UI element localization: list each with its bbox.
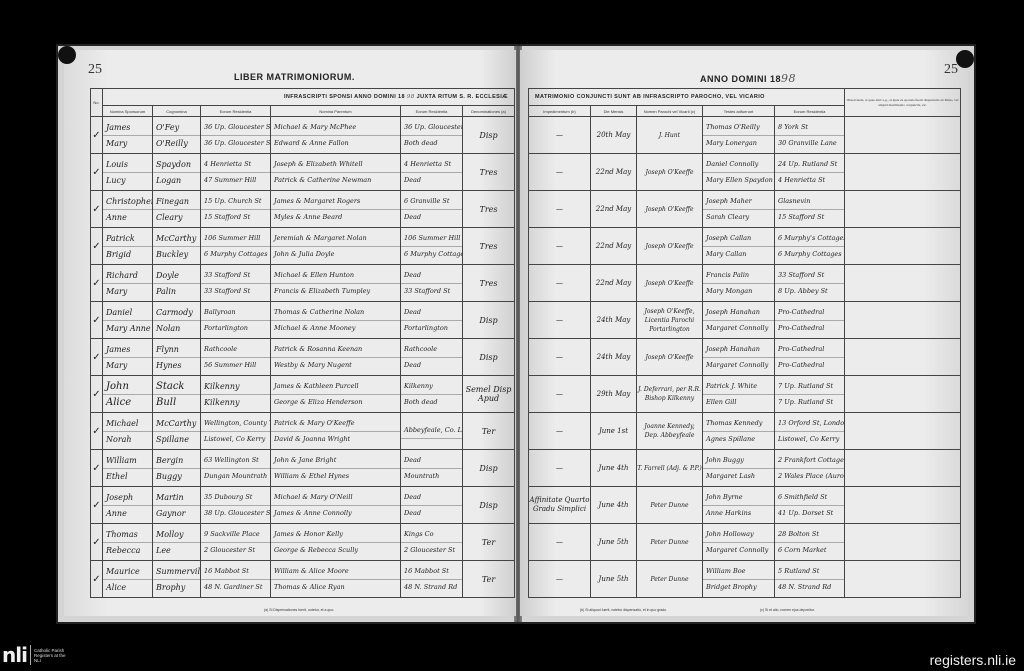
- denomination: Disp: [463, 487, 515, 524]
- nli-logo: nli Catholic Parish Registers at the NLI: [2, 645, 68, 665]
- col-header-residentia: Eorum Residentia: [201, 106, 271, 117]
- impediment: —: [529, 524, 591, 561]
- marriage-date: June 5th: [591, 561, 637, 598]
- entry-check-mark: ✓: [91, 117, 103, 154]
- witnesses: Joseph CallanMary Callan: [703, 228, 775, 265]
- witness-residences: 6 Murphy's Cottages6 Murphy Cottages: [775, 228, 845, 265]
- observations: [845, 154, 961, 191]
- marriage-date: 22nd May: [591, 191, 637, 228]
- marriage-entry-row: —22nd MayJoseph O'KeeffeDaniel ConnollyM…: [529, 154, 961, 191]
- spouse-surnames: StackBull: [153, 376, 201, 413]
- marriage-entry-row: ✓JohnAliceStackBullKilkennyKilkennyJames…: [91, 376, 515, 413]
- right-page-title: ANNO DOMINI 1898: [700, 72, 796, 85]
- spouse-residences: 4 Henrietta St47 Summer Hill: [201, 154, 271, 191]
- denomination: Tres: [463, 228, 515, 265]
- nli-logo-mark: nli: [2, 645, 27, 665]
- denomination: Tres: [463, 154, 515, 191]
- denomination: Disp: [463, 339, 515, 376]
- entry-check-mark: ✓: [91, 487, 103, 524]
- marriage-entry-row: —22nd MayJoseph O'KeeffeJoseph CallanMar…: [529, 228, 961, 265]
- marriage-date: 22nd May: [591, 228, 637, 265]
- parents-residences: DeadDead: [401, 487, 463, 524]
- marriage-date: 22nd May: [591, 154, 637, 191]
- denomination: Disp: [463, 117, 515, 154]
- entry-check-mark: ✓: [91, 265, 103, 302]
- marriage-entry-row: ✓PatrickBrigidMcCarthyBuckley106 Summer …: [91, 228, 515, 265]
- officiating-priest: Joseph O'Keeffe: [637, 191, 703, 228]
- right-footnote-b: (b) Si aliquod fuerit, notetur dispensat…: [580, 608, 667, 612]
- observations: [845, 413, 961, 450]
- officiating-priest: J. Hunt: [637, 117, 703, 154]
- spouse-surnames: MolloyLee: [153, 524, 201, 561]
- page-damage-mark: [58, 46, 76, 64]
- spouse-surnames: MartinGaynor: [153, 487, 201, 524]
- left-banner: INFRASCRIPTI SPONSI ANNO DOMINI 18 98 JU…: [103, 89, 515, 106]
- entry-check-mark: ✓: [91, 413, 103, 450]
- marriage-date: June 5th: [591, 524, 637, 561]
- site-url: registers.nli.ie: [930, 652, 1016, 668]
- marriage-entry-row: —June 1stJoanne Kennedy, Dep. Abbeyfeale…: [529, 413, 961, 450]
- col-header-sponsi: Nomina Sponsorum: [103, 106, 153, 117]
- col-header-no: No.: [91, 89, 103, 117]
- officiating-priest: Peter Dunne: [637, 487, 703, 524]
- impediment: —: [529, 191, 591, 228]
- logo-divider: [30, 645, 31, 665]
- spouse-names: ChristopherAnne: [103, 191, 153, 228]
- marriage-entry-row: —29th MayJ. Deferrari, per R.R. Bishop K…: [529, 376, 961, 413]
- spouse-surnames: DoylePalin: [153, 265, 201, 302]
- entry-check-mark: ✓: [91, 191, 103, 228]
- witness-residences: 6 Smithfield St41 Up. Dorset St: [775, 487, 845, 524]
- impediment: —: [529, 376, 591, 413]
- parents-names: James & Honor KellyGeorge & Rebecca Scul…: [271, 524, 401, 561]
- observations: [845, 339, 961, 376]
- impediment: —: [529, 302, 591, 339]
- impediment: —: [529, 339, 591, 376]
- spouse-residences: 9 Sackville Place2 Gloucester St: [201, 524, 271, 561]
- spouse-residences: 16 Mabbot St48 N. Gardiner St: [201, 561, 271, 598]
- impediment: Affinitate Quarto Gradu Simplici: [529, 487, 591, 524]
- parents-residences: 36 Up. Gloucester StBoth dead: [401, 117, 463, 154]
- witnesses: Francis PalinMary Mongan: [703, 265, 775, 302]
- marriage-entry-row: —24th MayJoseph O'KeeffeJoseph HanahanMa…: [529, 339, 961, 376]
- observations: [845, 487, 961, 524]
- witnesses: Joseph MaherSarah Cleary: [703, 191, 775, 228]
- marriage-entry-row: ✓DanielMary AnneCarmodyNolanBallyroanPor…: [91, 302, 515, 339]
- officiating-priest: Joseph O'Keeffe: [637, 154, 703, 191]
- impediment: —: [529, 154, 591, 191]
- spouse-residences: BallyroanPortarlington: [201, 302, 271, 339]
- marriage-entry-row: ✓RichardMaryDoylePalin33 Stafford St33 S…: [91, 265, 515, 302]
- witnesses: Thomas O'ReillyMary Lonergan: [703, 117, 775, 154]
- spouse-residences: 35 Dubourg St38 Up. Gloucester St: [201, 487, 271, 524]
- observations: [845, 191, 961, 228]
- parents-names: Jeremiah & Margaret NolanJohn & Julia Do…: [271, 228, 401, 265]
- witnesses: John BuggyMargaret Lash: [703, 450, 775, 487]
- witnesses: Daniel ConnollyMary Ellen Spaydon: [703, 154, 775, 191]
- denomination: Semel Disp Apud: [463, 376, 515, 413]
- spouse-surnames: CarmodyNolan: [153, 302, 201, 339]
- witness-residences: 8 York St30 Granville Lane: [775, 117, 845, 154]
- spouse-surnames: FlynnHynes: [153, 339, 201, 376]
- title-year: 98: [781, 72, 796, 85]
- spouse-residences: Wellington, County TipperaryListowel, Co…: [201, 413, 271, 450]
- impediment: —: [529, 117, 591, 154]
- col-header-residentia-parentum: Eorum Residentia: [401, 106, 463, 117]
- parents-names: John & Jane BrightWilliam & Ethel Hynes: [271, 450, 401, 487]
- banner-year: 98: [407, 94, 415, 100]
- col-header-parochi: Nomen Parochi vel Vicarii (c): [637, 106, 703, 117]
- spouse-names: JosephAnne: [103, 487, 153, 524]
- spouse-residences: 63 Wellington StDungan Mountrath: [201, 450, 271, 487]
- parents-names: Patrick & Rosanna KeenanWestby & Mary Nu…: [271, 339, 401, 376]
- parents-residences: 16 Mabbot St48 N. Strand Rd: [401, 561, 463, 598]
- parents-names: Michael & Ellen HuntonFrancis & Elizabet…: [271, 265, 401, 302]
- spouse-residences: 33 Stafford St33 Stafford St: [201, 265, 271, 302]
- parents-names: James & Margaret RogersMyles & Anne Bear…: [271, 191, 401, 228]
- denomination: Ter: [463, 561, 515, 598]
- marriage-date: 24th May: [591, 302, 637, 339]
- observations: [845, 228, 961, 265]
- marriage-date: 29th May: [591, 376, 637, 413]
- col-header-parentum: Nomina Parentum: [271, 106, 401, 117]
- witness-residences: 33 Stafford St8 Up. Abbey St: [775, 265, 845, 302]
- marriage-date: June 4th: [591, 487, 637, 524]
- spouse-surnames: SummervilleBrophy: [153, 561, 201, 598]
- marriage-table-right: MATRIMONIO CONJUNCTI SUNT AB INFRASCRIPT…: [528, 88, 961, 598]
- officiating-priest: T. Farrell (Adj. & P.P.): [637, 450, 703, 487]
- spouse-surnames: McCarthySpillane: [153, 413, 201, 450]
- spouse-names: ThomasRebecca: [103, 524, 153, 561]
- spouse-names: MauriceAlice: [103, 561, 153, 598]
- observations: [845, 265, 961, 302]
- entry-check-mark: ✓: [91, 450, 103, 487]
- parents-residences: 106 Summer Hill6 Murphy Cottages: [401, 228, 463, 265]
- spouse-residences: 106 Summer Hill6 Murphy Cottages: [201, 228, 271, 265]
- witnesses: Joseph HanahanMargaret Connolly: [703, 302, 775, 339]
- marriage-date: 24th May: [591, 339, 637, 376]
- parents-residences: Kings Co2 Gloucester St: [401, 524, 463, 561]
- entry-check-mark: ✓: [91, 302, 103, 339]
- officiating-priest: Joseph O'Keeffe: [637, 228, 703, 265]
- marriage-date: 22nd May: [591, 265, 637, 302]
- parents-names: Patrick & Mary O'KeeffeDavid & Joanna Wr…: [271, 413, 401, 450]
- marriage-entry-row: ✓JamesMaryFlynnHynesRathcoole56 Summer H…: [91, 339, 515, 376]
- spouse-names: MichaelNorah: [103, 413, 153, 450]
- spouse-names: JamesMary: [103, 117, 153, 154]
- observations: [845, 302, 961, 339]
- spouse-names: WilliamEthel: [103, 450, 153, 487]
- marriage-date: June 4th: [591, 450, 637, 487]
- denomination: Disp: [463, 302, 515, 339]
- marriage-table-left: No. INFRASCRIPTI SPONSI ANNO DOMINI 18 9…: [90, 88, 515, 598]
- witness-residences: 13 Orford St, LondonListowel, Co Kerry: [775, 413, 845, 450]
- parents-names: James & Kathleen PurcellGeorge & Eliza H…: [271, 376, 401, 413]
- spouse-surnames: SpaydonLogan: [153, 154, 201, 191]
- observations: [845, 450, 961, 487]
- parents-residences: DeadMountrath: [401, 450, 463, 487]
- officiating-priest: Joseph O'Keeffe: [637, 339, 703, 376]
- witnesses: Thomas KennedyAgnes Spillane: [703, 413, 775, 450]
- impediment: —: [529, 228, 591, 265]
- marriage-entry-row: ✓JosephAnneMartinGaynor35 Dubourg St38 U…: [91, 487, 515, 524]
- spouse-names: RichardMary: [103, 265, 153, 302]
- impediment: —: [529, 561, 591, 598]
- witness-residences: Pro-CathedralPro-Cathedral: [775, 339, 845, 376]
- col-header-cognomina: Cognomina: [153, 106, 201, 117]
- witness-residences: Pro-CathedralPro-Cathedral: [775, 302, 845, 339]
- observations: [845, 524, 961, 561]
- parents-residences: DeadPortarlington: [401, 302, 463, 339]
- marriage-entry-row: ✓ChristopherAnneFineganCleary15 Up. Chur…: [91, 191, 515, 228]
- parents-names: William & Alice MooreThomas & Alice Ryan: [271, 561, 401, 598]
- parents-names: Thomas & Catherine NolanMichael & Anne M…: [271, 302, 401, 339]
- parents-residences: 6 Granville StDead: [401, 191, 463, 228]
- officiating-priest: Peter Dunne: [637, 561, 703, 598]
- marriage-entry-row: Affinitate Quarto Gradu SimpliciJune 4th…: [529, 487, 961, 524]
- parents-residences: Abbeyfeale, Co. Limerick: [401, 413, 463, 450]
- page-damage-mark: [956, 50, 974, 68]
- parents-names: Michael & Mary O'NeillJames & Anne Conno…: [271, 487, 401, 524]
- denomination: Ter: [463, 413, 515, 450]
- right-page-number: 25: [944, 62, 958, 78]
- marriage-entry-row: —June 5thPeter DunneWilliam BoeBridget B…: [529, 561, 961, 598]
- marriage-entry-row: —24th MayJoseph O'Keeffe, Licentia Paroc…: [529, 302, 961, 339]
- col-header-impedimentum: Impedimentum (b): [529, 106, 591, 117]
- witness-residences: 7 Up. Rutland St7 Up. Rutland St: [775, 376, 845, 413]
- spouse-surnames: BerginBuggy: [153, 450, 201, 487]
- entry-check-mark: ✓: [91, 339, 103, 376]
- marriage-entry-row: ✓WilliamEthelBerginBuggy63 Wellington St…: [91, 450, 515, 487]
- left-page-title: LIBER MATRIMONIORUM.: [234, 72, 355, 82]
- officiating-priest: Joanne Kennedy, Dep. Abbeyfeale: [637, 413, 703, 450]
- observations: [845, 561, 961, 598]
- parents-names: Joseph & Elizabeth WhitellPatrick & Cath…: [271, 154, 401, 191]
- col-header-denominationes: Denominationes (a): [463, 106, 515, 117]
- witnesses: William BoeBridget Brophy: [703, 561, 775, 598]
- parents-names: Michael & Mary McPheeEdward & Anne Fallo…: [271, 117, 401, 154]
- right-page: ANNO DOMINI 1898 25 MATRIMONIO CONJUNCTI…: [520, 50, 968, 616]
- col-header-die-mensis: Die Mensis: [591, 106, 637, 117]
- witness-residences: 5 Rutland St48 N. Strand Rd: [775, 561, 845, 598]
- entry-check-mark: ✓: [91, 154, 103, 191]
- observations: [845, 117, 961, 154]
- spouse-residences: 36 Up. Gloucester St36 Up. Gloucester St: [201, 117, 271, 154]
- denomination: Ter: [463, 524, 515, 561]
- marriage-entry-row: ✓LouisLucySpaydonLogan4 Henrietta St47 S…: [91, 154, 515, 191]
- right-banner: MATRIMONIO CONJUNCTI SUNT AB INFRASCRIPT…: [529, 89, 845, 106]
- spouse-surnames: O'FeyO'Reilly: [153, 117, 201, 154]
- register-book: 25 LIBER MATRIMONIORUM. No. INFRASCRIPTI…: [58, 46, 974, 622]
- witness-residences: Glasnevin15 Stafford St: [775, 191, 845, 228]
- spouse-residences: KilkennyKilkenny: [201, 376, 271, 413]
- witnesses: John HollowayMargaret Connolly: [703, 524, 775, 561]
- marriage-entry-row: —22nd MayJoseph O'KeeffeJoseph MaherSara…: [529, 191, 961, 228]
- spouse-surnames: McCarthyBuckley: [153, 228, 201, 265]
- entry-check-mark: ✓: [91, 376, 103, 413]
- witnesses: John ByrneAnne Harkins: [703, 487, 775, 524]
- parents-residences: Dead33 Stafford St: [401, 265, 463, 302]
- marriage-entry-row: ✓MauriceAliceSummervilleBrophy16 Mabbot …: [91, 561, 515, 598]
- impediment: —: [529, 265, 591, 302]
- witness-residences: 2 Frankfort Cottages2 Wales Place (Auror…: [775, 450, 845, 487]
- marriage-entry-row: —22nd MayJoseph O'KeeffeFrancis PalinMar…: [529, 265, 961, 302]
- observations: [845, 376, 961, 413]
- spouse-residences: Rathcoole56 Summer Hill: [201, 339, 271, 376]
- marriage-entry-row: ✓ThomasRebeccaMolloyLee9 Sackville Place…: [91, 524, 515, 561]
- denomination: Tres: [463, 191, 515, 228]
- entry-check-mark: ✓: [91, 561, 103, 598]
- marriage-entry-row: ✓JamesMaryO'FeyO'Reilly36 Up. Gloucester…: [91, 117, 515, 154]
- witness-residences: 24 Up. Rutland St4 Henrietta St: [775, 154, 845, 191]
- spouse-names: DanielMary Anne: [103, 302, 153, 339]
- spouse-residences: 15 Up. Church St15 Stafford St: [201, 191, 271, 228]
- spouse-surnames: FineganCleary: [153, 191, 201, 228]
- officiating-priest: Joseph O'Keeffe: [637, 265, 703, 302]
- spouse-names: PatrickBrigid: [103, 228, 153, 265]
- spouse-names: LouisLucy: [103, 154, 153, 191]
- entry-check-mark: ✓: [91, 228, 103, 265]
- left-page: 25 LIBER MATRIMONIORUM. No. INFRASCRIPTI…: [64, 50, 516, 616]
- denomination: Tres: [463, 265, 515, 302]
- officiating-priest: J. Deferrari, per R.R. Bishop Kilkenny: [637, 376, 703, 413]
- witness-residences: 28 Bolton St6 Corn Market: [775, 524, 845, 561]
- marriage-date: June 1st: [591, 413, 637, 450]
- impediment: —: [529, 413, 591, 450]
- parents-residences: 4 Henrietta StDead: [401, 154, 463, 191]
- witnesses: Joseph HanahanMargaret Connolly: [703, 339, 775, 376]
- parents-residences: KilkennyBoth dead: [401, 376, 463, 413]
- col-header-testes: Testes adfuerunt: [703, 106, 775, 117]
- marriage-date: 20th May: [591, 117, 637, 154]
- marriage-entry-row: —20th MayJ. HuntThomas O'ReillyMary Lone…: [529, 117, 961, 154]
- denomination: Disp: [463, 450, 515, 487]
- parents-residences: RathcooleDead: [401, 339, 463, 376]
- marriage-entry-row: —June 4thT. Farrell (Adj. & P.P.)John Bu…: [529, 450, 961, 487]
- nli-logo-caption: Catholic Parish Registers at the NLI: [34, 648, 68, 663]
- left-footnote: (a) Si Dispensationes fuerit, notetur, e…: [264, 608, 334, 612]
- entry-check-mark: ✓: [91, 524, 103, 561]
- right-footnote-c: (c) Si et alio, nomen ejus deponitur.: [760, 608, 815, 612]
- left-page-number: 25: [88, 62, 102, 78]
- impediment: —: [529, 450, 591, 487]
- spouse-names: JamesMary: [103, 339, 153, 376]
- spouse-names: JohnAlice: [103, 376, 153, 413]
- officiating-priest: Peter Dunne: [637, 524, 703, 561]
- col-header-observanda: Observanda, si quae sint: e.g., si ipsis…: [845, 89, 961, 117]
- marriage-entry-row: ✓MichaelNorahMcCarthySpillaneWellington,…: [91, 413, 515, 450]
- marriage-entry-row: —June 5thPeter DunneJohn HollowayMargare…: [529, 524, 961, 561]
- witnesses: Patrick J. WhiteEllen Gill: [703, 376, 775, 413]
- col-header-eorum-residentia: Eorum Residentia: [775, 106, 845, 117]
- officiating-priest: Joseph O'Keeffe, Licentia Parochi Portar…: [637, 302, 703, 339]
